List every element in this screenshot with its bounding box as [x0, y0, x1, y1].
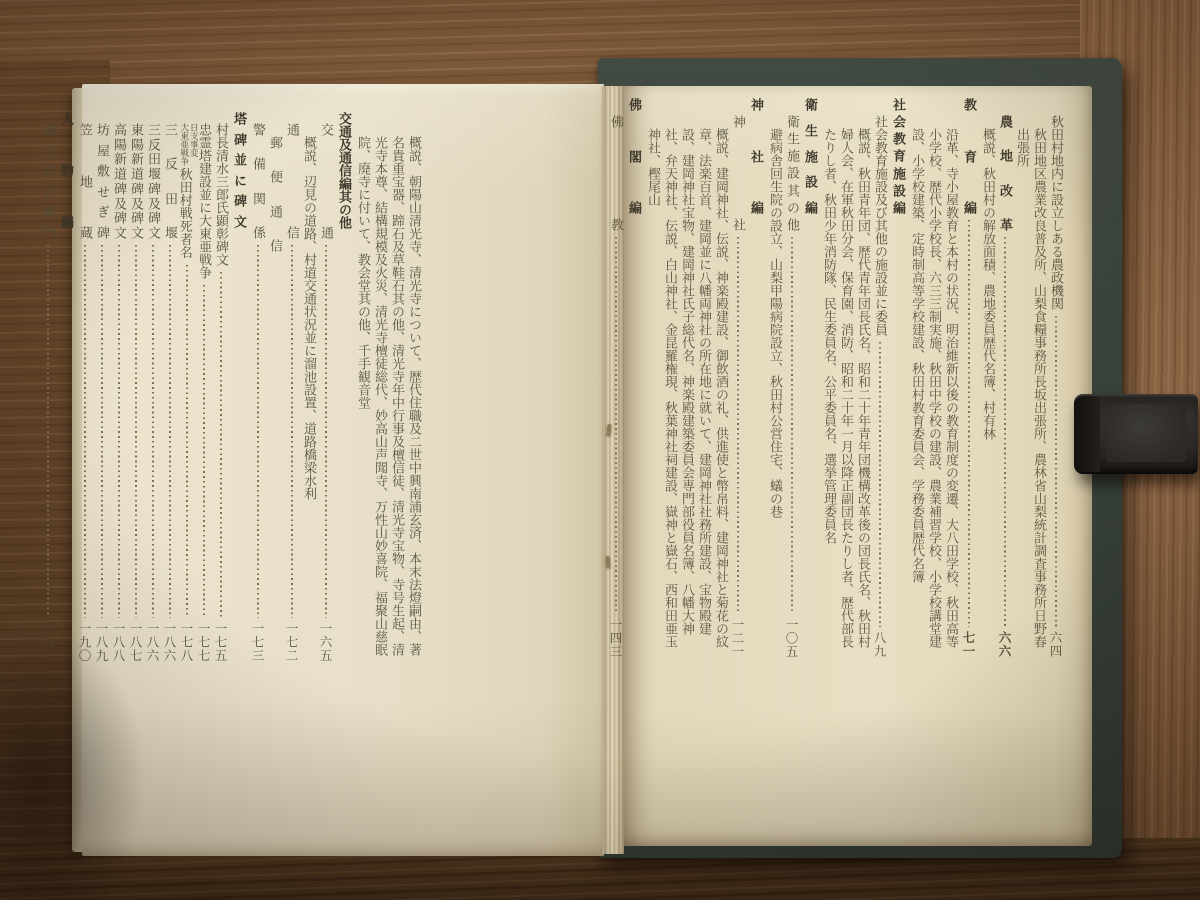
toc-entry-text: 人物編: [57, 112, 74, 228]
toc-entry-text: 佛閣編: [625, 98, 642, 214]
book-clasp-cap: [1074, 396, 1100, 472]
dot-leader: [203, 285, 205, 618]
toc-entry-text: 概説、秋田村の解放面積、農地委員歴代名簿、村有林: [980, 128, 995, 440]
page-number: 一四三: [607, 618, 624, 659]
page-number: 一七二: [283, 622, 300, 663]
page-number: 一八六: [161, 622, 178, 663]
toc-entry-item: 三反田堰碑及碑文一八六: [144, 112, 161, 662]
toc-entry-text: 通信: [283, 123, 300, 239]
toc-entry-text: 堀込常右衛門: [39, 123, 56, 239]
toc-entry-text: 神社: [729, 115, 746, 231]
toc-entry-item: 三反田堰一八六: [161, 112, 178, 662]
toc-entry-text: 概説、建岡神社、伝説、神楽殿建設、御飲酒の礼、供進使と幣帛料、建岡神社と菊花の紋…: [645, 128, 728, 648]
book-clasp-face: [1106, 404, 1186, 462]
page-number: 一九〇: [76, 622, 93, 663]
page-number: 一六五: [317, 622, 334, 663]
toc-entry-desc: 概説、建岡神社、伝説、神楽殿建設、御飲酒の礼、供進使と幣帛料、建岡神社と菊花の紋…: [644, 98, 729, 658]
toc-entry-item: 佛教一四三: [607, 98, 624, 658]
dot-leader: [291, 245, 293, 618]
toc-entry-text: 日支事変大東亜戦争秋田村戦死者名: [176, 123, 198, 259]
toc-entry-text: 社会教育施設及び其他の施設並に委員: [871, 115, 888, 336]
page-number: 一八八: [110, 622, 127, 663]
toc-entry-item: 社会教育施設及び其他の施設並に委員八九: [871, 98, 888, 658]
toc-entry-item: 村長清水三郎氏顕彰碑文一七五: [212, 112, 229, 662]
dot-leader: [257, 245, 259, 618]
toc-entry-item: 堀込常右衛門一九一: [39, 112, 56, 662]
page-number: 一二一: [729, 618, 746, 659]
toc-entry-text: 警備関係: [249, 123, 266, 239]
toc-entry-desc: 概説、朝陽山清光寺、清光寺について、歴代住職及二世中興南浦玄済、本末法燈嗣由、著…: [354, 112, 422, 662]
toc-entry-text: 村長清水三郎氏顕彰碑文: [212, 123, 229, 266]
page-number: 七一: [960, 631, 977, 658]
toc-entry-desc: 概説、辺見の道路、村道交通状況並に溜池設置、道路橋梁水利: [300, 112, 317, 662]
toc-entry-heading: 衛生施設編: [801, 98, 818, 658]
dot-leader: [879, 342, 881, 627]
dot-leader: [737, 237, 739, 614]
toc-entry-item: 神社一二一: [729, 98, 746, 658]
dot-leader: [968, 220, 970, 627]
toc-entry-item: 農地改革六六: [996, 98, 1013, 658]
toc-entry-text: 沿革、寺小屋教育と本村の状況、明治維新以後の教育制度の変遷、大八田学校、秋田高等…: [909, 128, 958, 648]
toc-entry-heading: 人物編: [57, 112, 74, 662]
toc-entry-item: 笠地蔵一九〇: [76, 112, 93, 662]
toc-entry-item: 高陽新道碑及碑文一八八: [110, 112, 127, 662]
toc-entry-item: 秋田村地内に設立しある農政機関六四: [1047, 98, 1064, 658]
page-number: 一〇五: [783, 618, 800, 659]
toc-entry-text: 秋田村地内に設立しある農政機関: [1047, 115, 1064, 310]
toc-entry-desc: 郵便通信: [266, 112, 283, 662]
toc-entry-heading: 教育編七一: [960, 98, 977, 658]
page-number: 一八七: [127, 622, 144, 663]
dot-leader: [101, 245, 103, 618]
dot-leader: [118, 245, 120, 618]
dot-leader: [615, 237, 617, 614]
dot-leader: [1055, 316, 1057, 627]
toc-entry-text: 避病舎回生院の設立、山梨甲陽病院設立、秋田村公営住宅、蟻の巷: [767, 128, 782, 518]
toc-entry-text: 衛生施設編: [801, 98, 818, 214]
toc-entry-text: 農地改革: [996, 115, 1013, 231]
toc-entry-text: 秋田地区農業改良普及所、山梨食糧事務所長坂出張所、農林省山梨統計調査事務所日野春…: [1014, 128, 1046, 648]
toc-entry-text: 坊屋敷せぎ碑: [93, 123, 110, 239]
dot-leader: [1004, 237, 1006, 627]
dot-leader: [47, 245, 49, 618]
toc-entry-text: 交通及通信編其の他: [335, 112, 352, 228]
toc-entry-heading: 社会教育施設編: [889, 98, 906, 658]
page-number: 一七八: [178, 622, 195, 663]
toc-entry-desc: 概説、秋田青年団、歴代青年団長氏名、昭和二十年青年団機構改革後の団長氏名、秋田村…: [820, 98, 871, 658]
page-number: 六四: [1047, 631, 1064, 658]
toc-entry-item: 日支事変大東亜戦争秋田村戦死者名一七八: [178, 112, 195, 662]
dot-leader: [325, 245, 327, 618]
toc-entry-text: 郵便通信: [266, 136, 283, 252]
toc-entry-heading: 神社編: [747, 98, 764, 658]
toc-entry-item: 警備関係一七三: [249, 112, 266, 662]
toc-left-page: 概説、朝陽山清光寺、清光寺について、歴代住職及二世中興南浦玄済、本末法燈嗣由、著…: [8, 112, 422, 662]
toc-entry-desc: 避病舎回生院の設立、山梨甲陽病院設立、秋田村公営住宅、蟻の巷: [766, 98, 783, 658]
toc-entry-item: 東陽新道碑及碑文一八七: [127, 112, 144, 662]
dot-leader: [169, 245, 171, 618]
toc-entry-text: 三反田堰: [161, 123, 178, 239]
toc-entry-text: 東陽新道碑及碑文: [127, 123, 144, 239]
toc-entry-warichu: 日支事変大東亜戦争: [178, 123, 197, 166]
page-number: 八九: [871, 631, 888, 658]
toc-entry-item: 坊屋敷せぎ碑一八九: [93, 112, 110, 662]
toc-entry-text: 三反田堰碑及碑文: [144, 123, 161, 239]
toc-entry-item: 衛生施設其の他一〇五: [783, 98, 800, 658]
dot-leader: [220, 272, 222, 618]
toc-entry-text: 交通: [317, 123, 334, 239]
toc-entry-desc: 秋田地区農業改良普及所、山梨食糧事務所長坂出張所、農林省山梨統計調査事務所日野春…: [1013, 98, 1047, 658]
page-number: 一七七: [195, 622, 212, 663]
toc-entry-text: 概説、朝陽山清光寺、清光寺について、歴代住職及二世中興南浦玄済、本末法燈嗣由、著…: [355, 136, 421, 656]
toc-entry-text: 高陽新道碑及碑文: [110, 123, 127, 239]
toc-entry-item: 交通一六五: [317, 112, 334, 662]
dot-leader: [152, 245, 154, 618]
toc-entry-text: 教育編: [960, 98, 977, 214]
dot-leader: [186, 265, 188, 618]
page-number: 一七三: [249, 622, 266, 663]
dot-leader: [135, 245, 137, 618]
page-number: 一九一: [39, 622, 56, 663]
toc-entry-text: 衛生施設其の他: [783, 115, 800, 231]
toc-entry-heading: 佛閣編: [625, 98, 642, 658]
toc-entry-text: 塔碑並に碑文: [230, 112, 247, 228]
dot-leader: [84, 245, 86, 618]
page-number: 一八六: [144, 622, 161, 663]
toc-entry-desc: 概説、秋田村の解放面積、農地委員歴代名簿、村有林: [979, 98, 996, 658]
toc-entry-heading: 塔碑並に碑文: [230, 112, 247, 662]
toc-entry-text: 概説、秋田青年団、歴代青年団長氏名、昭和二十年青年団機構改革後の団長氏名、秋田村…: [821, 128, 870, 648]
toc-right-page: 秋田村地内に設立しある農政機関六四秋田地区農業改良普及所、山梨食糧事務所長坂出張…: [634, 98, 1064, 658]
toc-entry-heading: 交通及通信編其の他: [335, 112, 352, 662]
dot-leader: [791, 237, 793, 614]
toc-entry-text: 神社編: [747, 98, 764, 214]
toc-entry-item: 忠霊塔建設並に大東亜戦争一七七: [195, 112, 212, 662]
photo-of-open-book: { "book": { "description": "見開きの目次ページ（和書…: [0, 0, 1200, 900]
toc-entry-text: 佛教: [607, 115, 624, 231]
toc-entry-text: 社会教育施設編: [889, 98, 906, 214]
page-number: 六六: [996, 631, 1013, 658]
toc-entry-text: 概説、辺見の道路、村道交通状況並に溜池設置、道路橋梁水利: [301, 136, 316, 500]
page-number: 一七五: [212, 622, 229, 663]
book-clasp: [1074, 394, 1198, 474]
toc-entry-text: 笠地蔵: [76, 123, 93, 239]
toc-entry-item: 通信一七二: [283, 112, 300, 662]
toc-entry-desc: 沿革、寺小屋教育と本村の状況、明治維新以後の教育制度の変遷、大八田学校、秋田高等…: [908, 98, 959, 658]
page-number: 一八九: [93, 622, 110, 663]
